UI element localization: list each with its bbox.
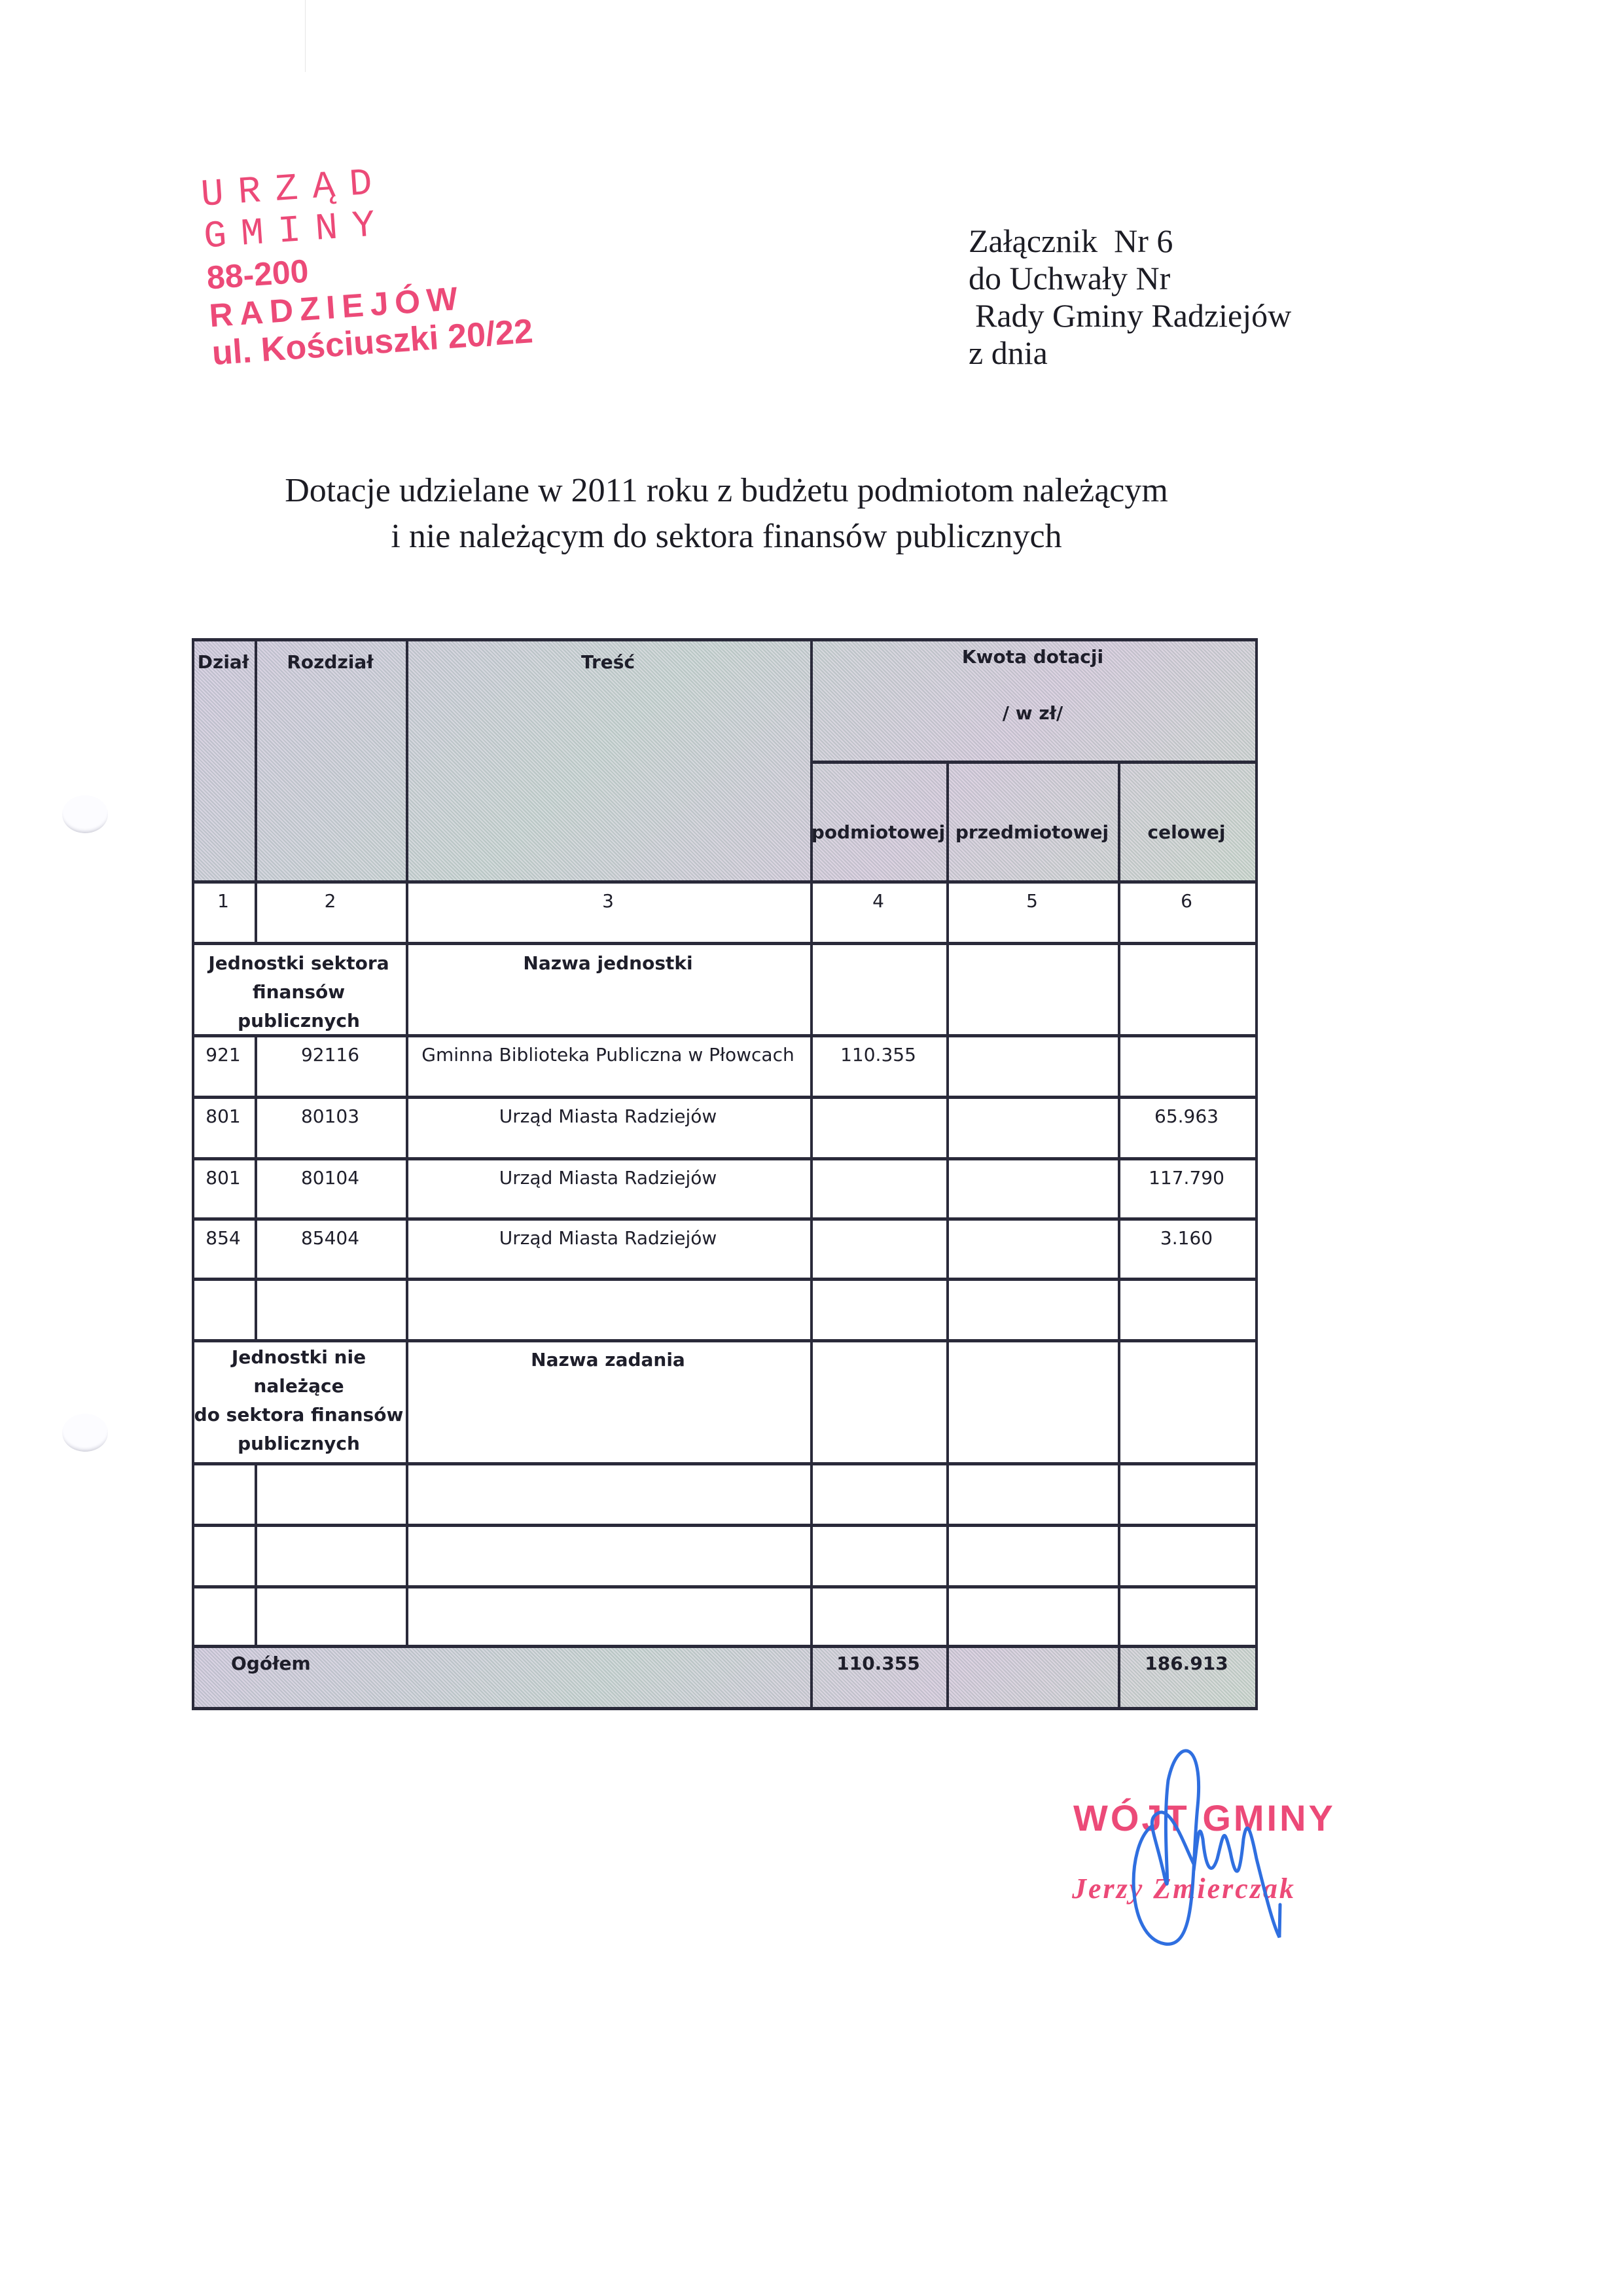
table-rule bbox=[192, 1034, 1258, 1037]
cell-rozdzial: 80104 bbox=[255, 1164, 406, 1193]
attachment-number: Załącznik Nr 6 bbox=[969, 223, 1291, 260]
header-rozdzial: Rozdział bbox=[255, 648, 406, 677]
attachment-council: Rady Gminy Radziejów bbox=[969, 297, 1291, 334]
cell-celowej: 3.160 bbox=[1118, 1224, 1255, 1253]
column-number: 6 bbox=[1118, 887, 1255, 916]
table-rule bbox=[192, 1339, 1258, 1342]
attachment-header: Załącznik Nr 6 do Uchwały Nr Rady Gminy … bbox=[969, 223, 1291, 372]
cell-celowej: 117.790 bbox=[1118, 1164, 1255, 1193]
cell-tresc: Urząd Miasta Radziejów bbox=[406, 1102, 810, 1131]
cell-rozdzial: 92116 bbox=[255, 1041, 406, 1069]
attachment-resolution: do Uchwały Nr bbox=[969, 260, 1291, 297]
title-line-2: i nie należącym do sektora finansów publ… bbox=[196, 514, 1257, 560]
header-celowej: celowej bbox=[1118, 818, 1255, 847]
section-public-name-header: Nazwa jednostki bbox=[406, 949, 810, 978]
title-line-1: Dotacje udzielane w 2011 roku z budżetu … bbox=[196, 468, 1257, 514]
table-rule bbox=[192, 1585, 1258, 1588]
column-number: 4 bbox=[810, 887, 946, 916]
office-stamp: URZĄD GMINY 88-200 RADZIEJÓW ul. Kościus… bbox=[200, 152, 553, 373]
table-rule bbox=[192, 638, 194, 1710]
table-rule bbox=[192, 1645, 1258, 1648]
table-rule bbox=[192, 1157, 1258, 1160]
header-kwota-unit: / w zł/ bbox=[810, 699, 1255, 728]
header-podmiotowej: podmiotowej bbox=[810, 818, 946, 847]
section-nonpublic-label: Jednostki nie należącedo sektora finansó… bbox=[192, 1343, 406, 1458]
header-tresc: Treść bbox=[406, 648, 810, 677]
total-label: Ogółem bbox=[231, 1649, 427, 1678]
attachment-date: z dnia bbox=[969, 334, 1291, 372]
table-rule bbox=[192, 1278, 1258, 1281]
cell-rozdzial: 80103 bbox=[255, 1102, 406, 1131]
section-nonpublic-name-header: Nazwa zadania bbox=[406, 1346, 810, 1374]
scan-margin-line bbox=[305, 0, 306, 72]
table-rule bbox=[192, 1096, 1258, 1099]
cell-celowej: 65.963 bbox=[1118, 1102, 1255, 1131]
table-rule bbox=[255, 638, 257, 942]
cell-tresc: Urząd Miasta Radziejów bbox=[406, 1164, 810, 1193]
hole-punch-mark bbox=[62, 795, 108, 833]
table-rule bbox=[946, 761, 949, 1710]
total-celowej: 186.913 bbox=[1118, 1649, 1255, 1678]
table-rule bbox=[1118, 761, 1120, 1710]
table-rule bbox=[192, 1462, 1258, 1465]
column-number: 2 bbox=[255, 887, 406, 916]
header-kwota: Kwota dotacji bbox=[810, 643, 1255, 672]
handwritten-signature bbox=[1126, 1741, 1296, 1950]
cell-dzial: 854 bbox=[192, 1224, 255, 1253]
document-title: Dotacje udzielane w 2011 roku z budżetu … bbox=[196, 468, 1257, 560]
header-dzial: Dział bbox=[192, 648, 255, 677]
column-number: 3 bbox=[406, 887, 810, 916]
table-rule bbox=[255, 1462, 257, 1645]
section-public-label: Jednostki sektorafinansów publicznych bbox=[192, 949, 406, 1035]
cell-rozdzial: 85404 bbox=[255, 1224, 406, 1253]
table-rule bbox=[810, 638, 813, 1710]
cell-dzial: 801 bbox=[192, 1164, 255, 1193]
table-rule bbox=[192, 1217, 1258, 1221]
table-rule bbox=[406, 638, 408, 1645]
table-rule bbox=[810, 761, 1258, 764]
header-przedmiotowej: przedmiotowej bbox=[946, 818, 1118, 847]
table-rule bbox=[255, 1034, 257, 1339]
table-rule bbox=[192, 1707, 1258, 1710]
cell-dzial: 921 bbox=[192, 1041, 255, 1069]
column-number: 1 bbox=[192, 887, 255, 916]
table-rule bbox=[192, 638, 1258, 641]
table-rule bbox=[192, 942, 1258, 945]
cell-dzial: 801 bbox=[192, 1102, 255, 1131]
table-rule bbox=[192, 880, 1258, 884]
table-rule bbox=[1255, 638, 1258, 1710]
hole-punch-mark bbox=[62, 1414, 108, 1452]
cell-tresc: Urząd Miasta Radziejów bbox=[406, 1224, 810, 1253]
table-rule bbox=[192, 1524, 1258, 1527]
column-number: 5 bbox=[946, 887, 1118, 916]
cell-tresc: Gminna Biblioteka Publiczna w Płowcach bbox=[406, 1041, 810, 1069]
total-podmiotowej: 110.355 bbox=[810, 1649, 946, 1678]
cell-podmiotowej: 110.355 bbox=[810, 1041, 946, 1069]
